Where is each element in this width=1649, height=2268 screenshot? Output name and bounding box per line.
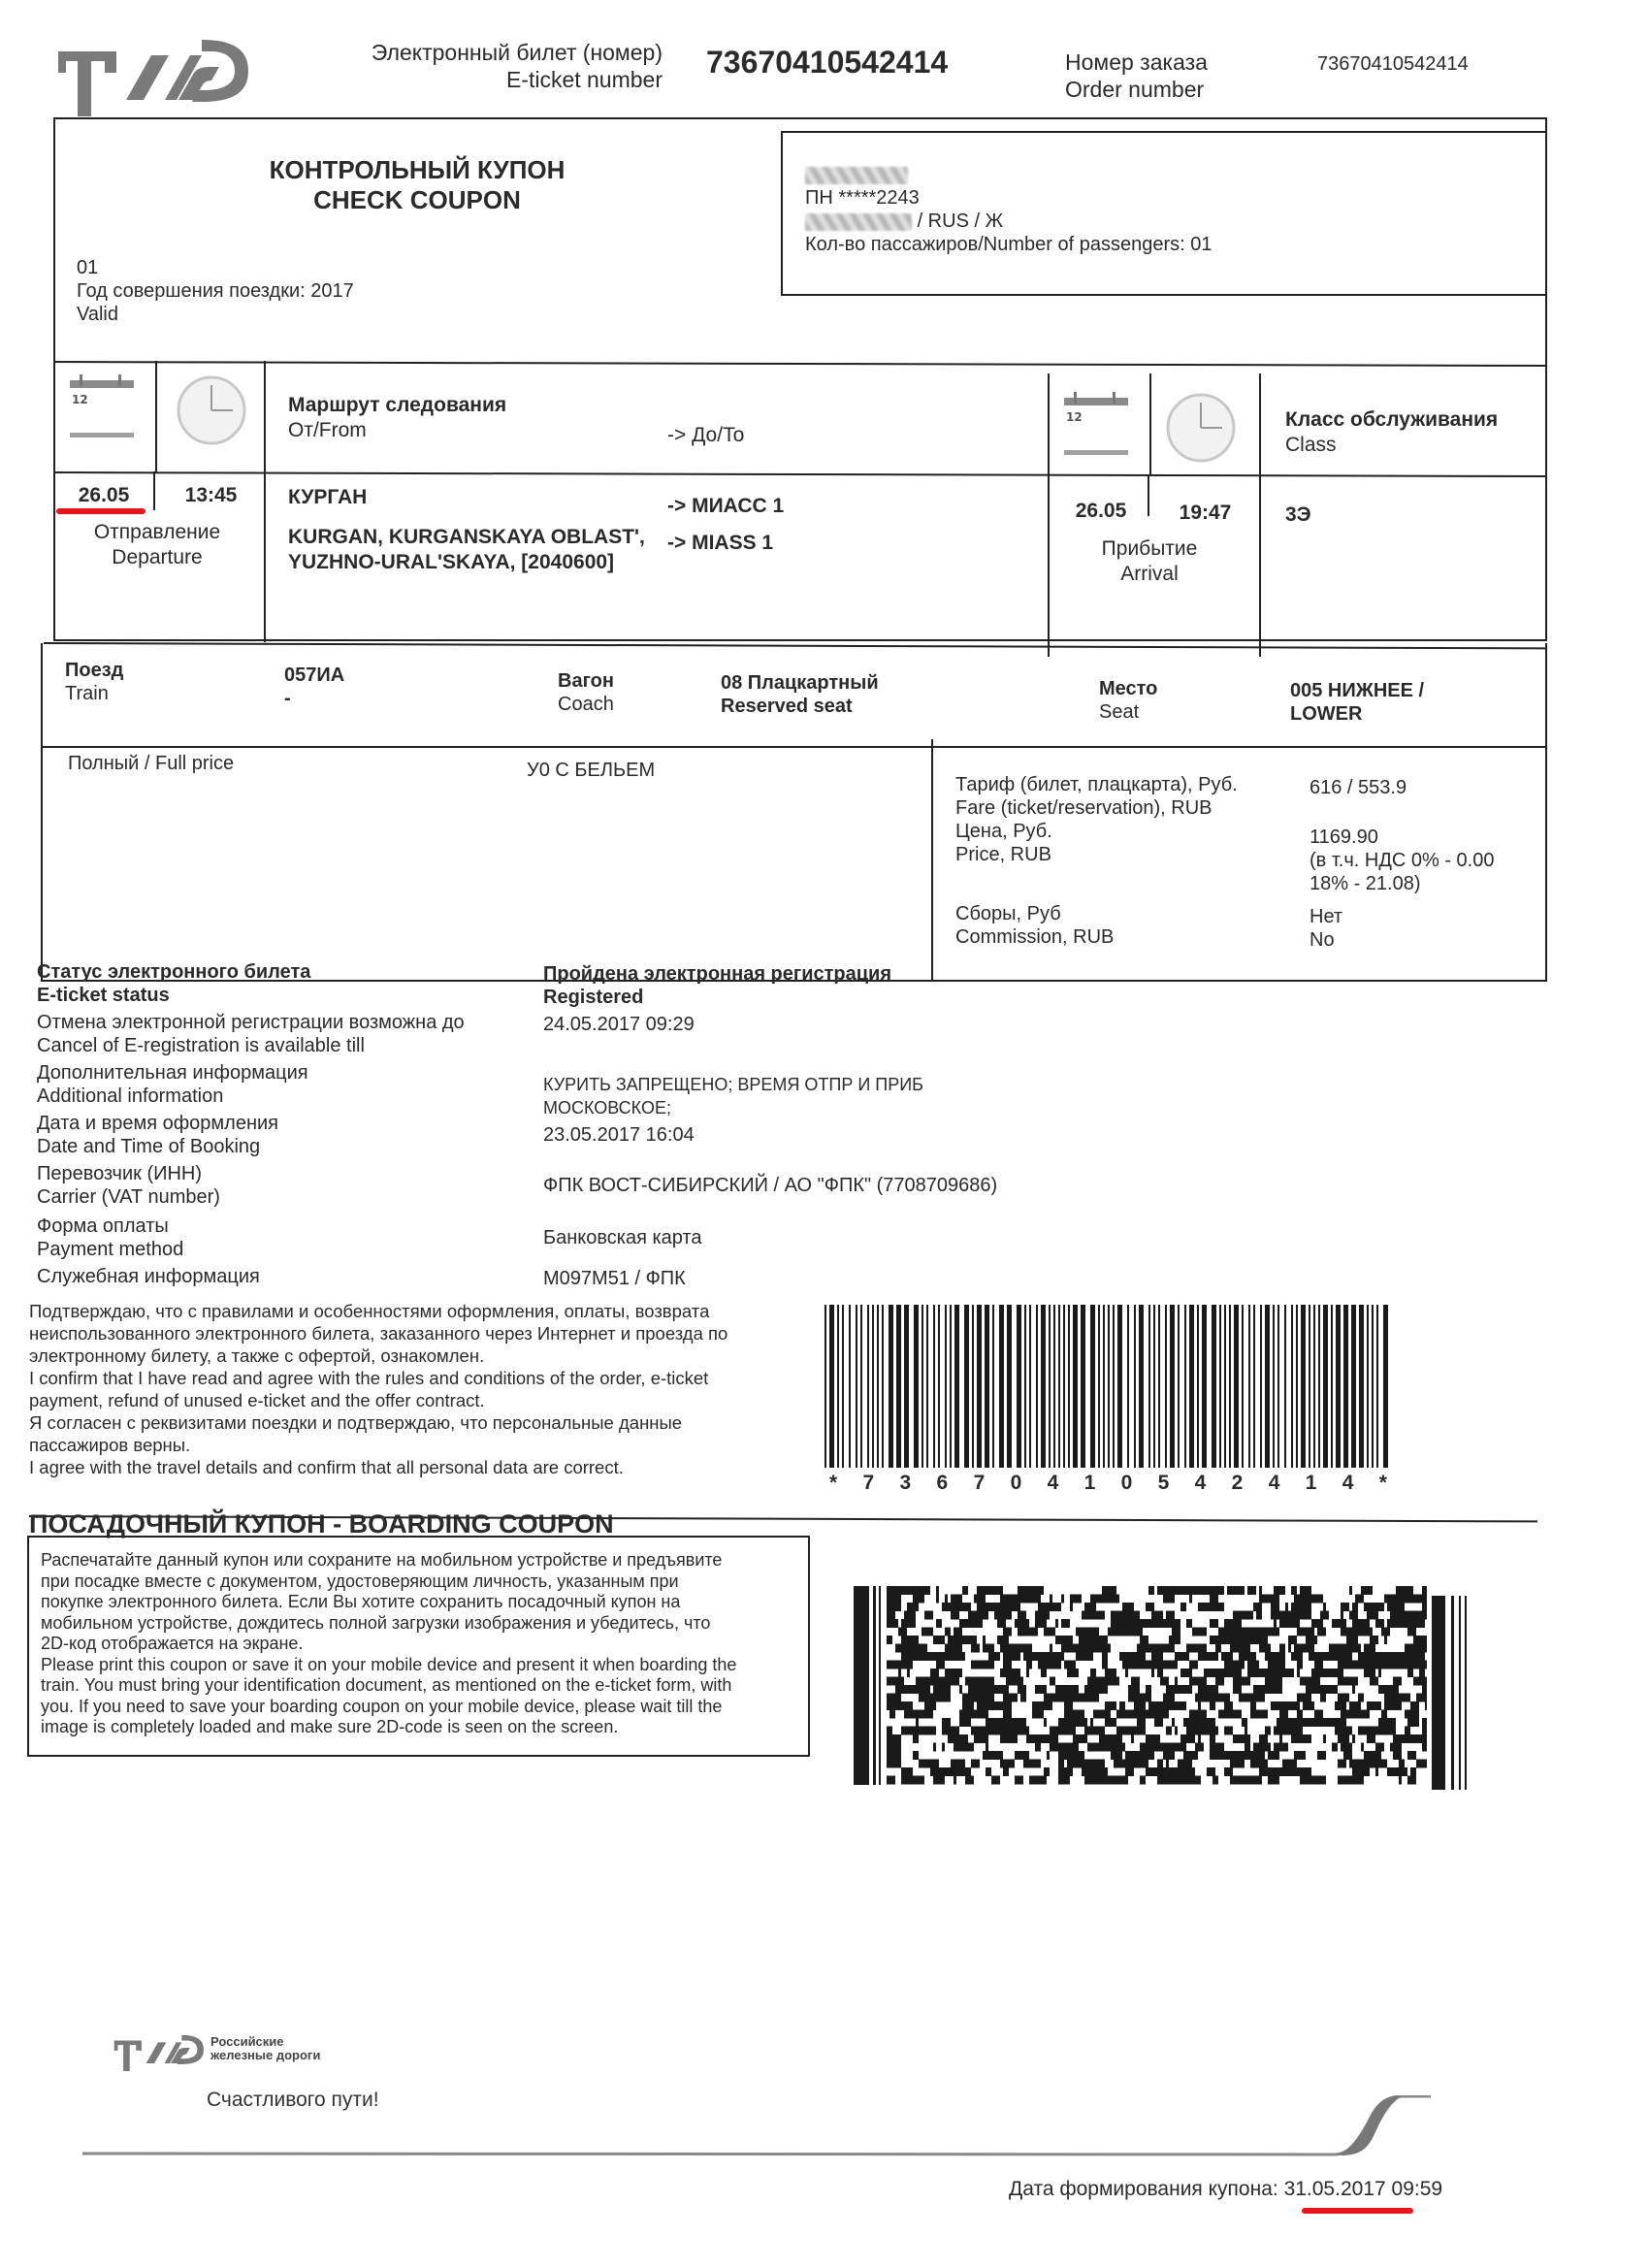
barcode-digit: 4	[1342, 1472, 1354, 1495]
to-label: -> До/To	[667, 423, 744, 448]
fare-label-en: Fare (ticket/reservation), RUB	[955, 796, 1238, 820]
detail-label-ru: Форма оплаты	[37, 1215, 541, 1238]
class-header: Класс обслуживания Class	[1285, 407, 1498, 458]
brand-name: Российские железные дороги	[210, 2035, 320, 2062]
detail-label: Перевозчик (ИНН)Carrier (VAT number)	[37, 1162, 541, 1209]
instruction-line: train. You must bring your identificatio…	[41, 1675, 807, 1697]
instruction-line: Распечатайте данный купон или сохраните …	[41, 1550, 807, 1571]
detail-label: Статус электронного билетаE-ticket statu…	[37, 960, 541, 1007]
train-label-ru: Поезд	[65, 659, 123, 682]
passengers-count: Кол-во пассажиров/Number of passengers: …	[805, 233, 1212, 256]
instruction-line: 2D-код отображается на экране.	[41, 1634, 807, 1655]
eticket-label-en: E-ticket number	[291, 66, 663, 93]
generated-date-highlight	[1302, 2208, 1413, 2214]
agreement-line: payment, refund of unused e-ticket and t…	[29, 1389, 795, 1411]
price-total: 1169.90	[1309, 826, 1494, 849]
check-coupon-title-ru: КОНТРОЛЬНЫЙ КУПОН	[145, 155, 689, 185]
from-station-en: KURGAN, KURGANSKAYA OBLAST', YUZHNO-URAL…	[288, 525, 647, 575]
check-coupon-title: КОНТРОЛЬНЫЙ КУПОН CHECK COUPON	[145, 155, 689, 215]
barcode-bars	[824, 1305, 1392, 1468]
price-vat-2: 18% - 21.08)	[1309, 872, 1494, 895]
barcode-digit: 5	[1158, 1472, 1170, 1495]
generated-time: 09:59	[1392, 2178, 1443, 2200]
detail-label-en: Cancel of E-registration is available ti…	[37, 1034, 541, 1057]
linear-barcode: *73670410542414*	[824, 1305, 1392, 1495]
barcode-digit: 0	[1011, 1472, 1022, 1495]
detail-label: Форма оплатыPayment method	[37, 1215, 541, 1261]
instruction-line: при посадке вместе с документом, удостов…	[41, 1571, 807, 1593]
order-label-en: Order number	[1065, 76, 1208, 103]
detail-value-ru: 23.05.2017 16:04	[543, 1123, 1048, 1147]
arrival-label-ru: Прибытие	[1052, 536, 1246, 562]
svg-text:12: 12	[1066, 410, 1083, 424]
from-label: От/From	[288, 418, 506, 443]
generated-label: Дата формирования купона:	[1009, 2178, 1278, 2200]
detail-value: КУРИТЬ ЗАПРЕЩЕНО; ВРЕМЯ ОТПР И ПРИБ МОСК…	[543, 1073, 1048, 1119]
passenger-document: ПН *****2243	[805, 186, 1212, 210]
departure-time: 13:45	[165, 483, 257, 508]
barcode-digits: *73670410542414*	[824, 1472, 1392, 1495]
birthdate-redacted	[805, 213, 912, 231]
coach-label: Вагон Coach	[558, 669, 614, 716]
passenger-info: ПН *****2243 / RUS / Ж Кол-во пассажиров…	[805, 163, 1212, 256]
detail-label: Служебная информация	[37, 1265, 541, 1288]
seat-value-ru: 005 НИЖНЕЕ /	[1290, 679, 1424, 702]
barcode-digit: 3	[900, 1472, 912, 1495]
arrival-label: Прибытие Arrival	[1052, 536, 1246, 587]
clock-icon	[175, 373, 248, 447]
valid-label: Valid	[77, 303, 354, 326]
detail-value-ru: 24.05.2017 09:29	[543, 1013, 1048, 1036]
barcode-digit: 7	[974, 1472, 986, 1495]
departure-label-ru: Отправление	[60, 520, 254, 545]
barcode-digit: 2	[1232, 1472, 1244, 1495]
instruction-line: покупке электронного билета. Если Вы хот…	[41, 1592, 807, 1613]
rzd-logo	[56, 34, 255, 116]
seat-label: Место Seat	[1099, 677, 1157, 724]
clock-icon	[1164, 391, 1238, 465]
detail-label-en: Payment method	[37, 1238, 541, 1261]
coach-label-ru: Вагон	[558, 669, 614, 693]
barcode-digit: 4	[1195, 1472, 1207, 1495]
fare-label: Тариф (билет, плацкарта), Руб. Fare (tic…	[955, 773, 1238, 866]
to-station-ru: -> МИАСС 1	[667, 494, 784, 519]
barcode-digit: 4	[1048, 1472, 1059, 1495]
barcode-digit: 0	[1121, 1472, 1133, 1495]
train-label-en: Train	[65, 682, 123, 705]
seat-label-en: Seat	[1099, 700, 1157, 724]
trip-year: Год совершения поездки: 2017	[77, 279, 354, 303]
price-label-en: Price, RUB	[955, 843, 1238, 866]
agreement-line: электронному билету, а также с офертой, …	[29, 1345, 795, 1367]
detail-value: Пройдена электронная регистрацияRegister…	[543, 962, 1048, 1009]
brand-line2: железные дороги	[210, 2049, 320, 2062]
citizenship-gender: / RUS / Ж	[918, 211, 1003, 232]
fare-label-ru: Тариф (билет, плацкарта), Руб.	[955, 773, 1238, 796]
footer-swoosh-line	[82, 2095, 1431, 2158]
train-label: Поезд Train	[65, 659, 123, 705]
price-vat-1: (в т.ч. НДС 0% - 0.00	[1309, 849, 1494, 872]
barcode-digit: *	[829, 1472, 837, 1495]
coupon-number: 01	[77, 256, 354, 279]
detail-label-en: Date and Time of Booking	[37, 1135, 541, 1158]
detail-value: Банковская карта	[543, 1226, 1048, 1249]
rzd-footer-logo	[112, 2032, 209, 2071]
detail-label: Отмена электронной регистрации возможна …	[37, 1011, 541, 1057]
arrival-time: 19:47	[1159, 501, 1251, 526]
class-value: 3Э	[1285, 502, 1311, 528]
barcode-digit: 7	[863, 1472, 875, 1495]
seat-label-ru: Место	[1099, 677, 1157, 700]
detail-value: ФПК ВОСТ-СИБИРСКИЙ / АО "ФПК" (770870968…	[543, 1174, 1048, 1197]
detail-value-ru: Пройдена электронная регистрация	[543, 962, 1048, 986]
detail-value-ru: ФПК ВОСТ-СИБИРСКИЙ / АО "ФПК" (770870968…	[543, 1174, 1048, 1197]
agreement-line: Я согласен с реквизитами поездки и подтв…	[29, 1411, 795, 1434]
detail-label-en: E-ticket status	[37, 984, 541, 1007]
agreement-line: неиспользованного электронного билета, з…	[29, 1322, 795, 1345]
instruction-line: you. If you need to save your boarding c…	[41, 1697, 807, 1718]
order-label-ru: Номер заказа	[1065, 49, 1208, 76]
route-header-ru: Маршрут следования	[288, 393, 506, 418]
seat-value: 005 НИЖНЕЕ / LOWER	[1290, 679, 1424, 726]
instruction-line: Please print this coupon or save it on y…	[41, 1655, 807, 1676]
from-station-ru: КУРГАН	[288, 485, 367, 510]
svg-text:12: 12	[72, 393, 88, 406]
tariff-type: Полный / Full price	[68, 752, 234, 775]
service-class: У0 С БЕЛЬЕМ	[527, 759, 655, 782]
detail-value-ru: КУРИТЬ ЗАПРЕЩЕНО; ВРЕМЯ ОТПР И ПРИБ МОСК…	[543, 1073, 1048, 1119]
agreement-line: I agree with the travel details and conf…	[29, 1456, 795, 1478]
to-station-en: -> MIASS 1	[667, 531, 773, 556]
detail-value: 23.05.2017 16:04	[543, 1123, 1048, 1147]
commission-label-en: Commission, RUB	[955, 925, 1114, 949]
commission-value-en: No	[1309, 928, 1342, 952]
detail-label-en: Additional information	[37, 1085, 541, 1108]
departure-label-en: Departure	[60, 545, 254, 570]
barcode-digit: *	[1379, 1472, 1387, 1495]
seat-value-en: LOWER	[1290, 702, 1424, 726]
order-number: 73670410542414	[1317, 53, 1469, 76]
commission-label-ru: Сборы, Руб	[955, 902, 1114, 925]
eticket-number-label: Электронный билет (номер) E-ticket numbe…	[291, 39, 663, 93]
commission-label: Сборы, Руб Commission, RUB	[955, 902, 1114, 949]
passenger-name-redacted	[805, 167, 908, 184]
detail-label-en: Carrier (VAT number)	[37, 1185, 541, 1209]
arrival-label-en: Arrival	[1052, 562, 1246, 587]
coach-value: 08 Плацкартный Reserved seat	[721, 671, 879, 718]
order-number-label: Номер заказа Order number	[1065, 49, 1208, 103]
train-number: 057ИА	[284, 664, 344, 687]
agreement-text: Подтверждаю, что с правилами и особеннос…	[29, 1300, 795, 1478]
class-label-ru: Класс обслуживания	[1285, 407, 1498, 433]
detail-value: М097М51 / ФПК	[543, 1267, 1048, 1290]
barcode-digit: 1	[1084, 1472, 1096, 1495]
brand-line1: Российские	[210, 2035, 320, 2049]
commission-value-ru: Нет	[1309, 905, 1342, 928]
coach-value-ru: 08 Плацкартный	[721, 671, 879, 695]
departure-date-highlight	[56, 508, 145, 514]
departure-label: Отправление Departure	[60, 520, 254, 570]
price-label-ru: Цена, Руб.	[955, 820, 1238, 843]
calendar-icon: 12	[1060, 388, 1138, 466]
generated-date: 31.05.2017	[1284, 2178, 1386, 2200]
barcode-digit: 4	[1269, 1472, 1280, 1495]
detail-value: 24.05.2017 09:29	[543, 1013, 1048, 1036]
detail-label-ru: Статус электронного билета	[37, 960, 541, 984]
detail-label-ru: Перевозчик (ИНН)	[37, 1162, 541, 1185]
class-label-en: Class	[1285, 433, 1498, 458]
instruction-line: мобильном устройстве, дождитесь полной з…	[41, 1613, 807, 1635]
detail-label-ru: Служебная информация	[37, 1265, 541, 1288]
agreement-line: I confirm that I have read and agree wit…	[29, 1367, 795, 1389]
coach-value-en: Reserved seat	[721, 695, 879, 718]
eticket-number: 73670410542414	[706, 45, 948, 81]
detail-label: Дата и время оформленияDate and Time of …	[37, 1112, 541, 1158]
boarding-instructions: Распечатайте данный купон или сохраните …	[41, 1550, 807, 1738]
pdf417-2d-barcode	[850, 1542, 1495, 1790]
fare-value: 616 / 553.9	[1309, 776, 1406, 799]
arrival-date: 26.05	[1057, 499, 1145, 524]
commission-value: Нет No	[1309, 905, 1342, 952]
detail-value-en: Registered	[543, 986, 1048, 1009]
check-coupon-title-en: CHECK COUPON	[145, 185, 689, 215]
train-value: 057ИА -	[284, 664, 344, 710]
detail-label-ru: Дополнительная информация	[37, 1061, 541, 1085]
coupon-validity: 01 Год совершения поездки: 2017 Valid	[77, 256, 354, 326]
calendar-icon: 12	[66, 371, 144, 448]
detail-value-ru: М097М51 / ФПК	[543, 1267, 1048, 1290]
agreement-line: Подтверждаю, что с правилами и особеннос…	[29, 1300, 795, 1322]
detail-label-ru: Дата и время оформления	[37, 1112, 541, 1135]
price-value: 1169.90 (в т.ч. НДС 0% - 0.00 18% - 21.0…	[1309, 826, 1494, 895]
instruction-line: image is completely loaded and make sure…	[41, 1717, 807, 1738]
route-header: Маршрут следования От/From	[288, 393, 506, 443]
coupon-generated: Дата формирования купона: 31.05.2017 09:…	[1009, 2178, 1442, 2201]
eticket-label-ru: Электронный билет (номер)	[291, 39, 663, 66]
detail-label: Дополнительная информацияAdditional info…	[37, 1061, 541, 1108]
train-name: -	[284, 687, 344, 710]
departure-date: 26.05	[60, 483, 147, 508]
detail-label-ru: Отмена электронной регистрации возможна …	[37, 1011, 541, 1034]
detail-value-ru: Банковская карта	[543, 1226, 1048, 1249]
barcode-digit: 6	[937, 1472, 949, 1495]
barcode-digit: 1	[1306, 1472, 1317, 1495]
coach-label-en: Coach	[558, 693, 614, 716]
agreement-line: пассажиров верны.	[29, 1434, 795, 1456]
